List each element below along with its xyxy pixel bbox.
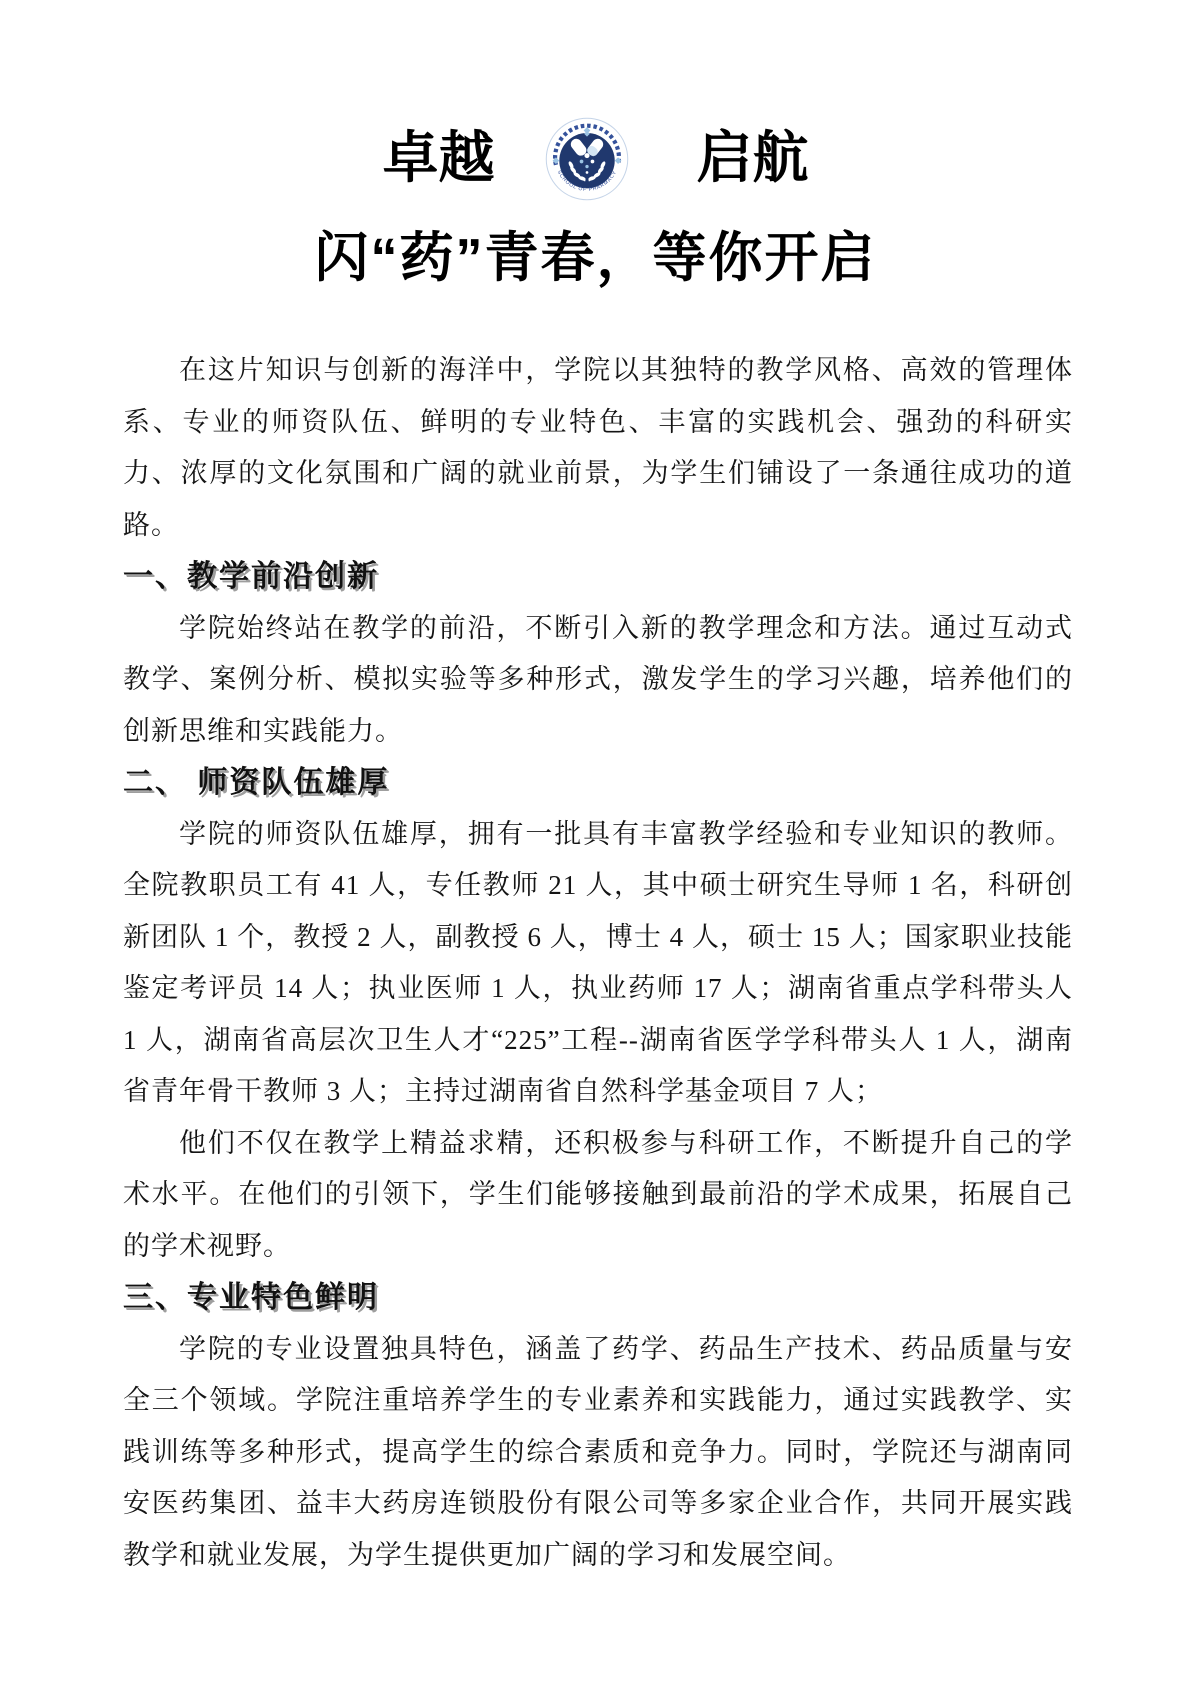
banner-title-row: 卓越 <box>0 116 1191 202</box>
banner-title-right-text: 启航 <box>697 131 809 187</box>
paragraph: 他们不仅在教学上精益求精，还积极参与科研工作，不断提升自己的学术水平。在他们的引… <box>123 1118 1073 1273</box>
section-heading: 一、教学前沿创新 <box>123 551 1073 603</box>
section-heading: 三、专业特色鲜明 <box>123 1272 1073 1324</box>
banner-title-left: 卓越 <box>383 131 495 187</box>
school-logo: SCHOOL OF PHARMACY <box>545 117 629 201</box>
paragraph: 学院始终站在教学的前沿，不断引入新的教学理念和方法。通过互动式教学、案例分析、模… <box>123 603 1073 758</box>
paragraph: 学院的师资队伍雄厚，拥有一批具有丰富教学经验和专业知识的教师。全院教职员工有 4… <box>123 809 1073 1118</box>
paragraph: 在这片知识与创新的海洋中，学院以其独特的教学风格、高效的管理体系、专业的师资队伍… <box>123 345 1073 551</box>
school-of-pharmacy-emblem-icon: SCHOOL OF PHARMACY <box>545 117 629 201</box>
paragraph: 学院的专业设置独具特色，涵盖了药学、药品生产技术、药品质量与安全三个领域。学院注… <box>123 1324 1073 1582</box>
banner-title-right: 启航 <box>697 131 809 187</box>
document-page: 卓越 <box>0 0 1191 1684</box>
banner-title-left-text: 卓越 <box>383 131 495 187</box>
document-body: 在这片知识与创新的海洋中，学院以其独特的教学风格、高效的管理体系、专业的师资队伍… <box>123 345 1073 1581</box>
section-heading: 二、 师资队伍雄厚 <box>123 757 1073 809</box>
page-subtitle: 闪“药”青春，等你开启 <box>0 226 1191 290</box>
